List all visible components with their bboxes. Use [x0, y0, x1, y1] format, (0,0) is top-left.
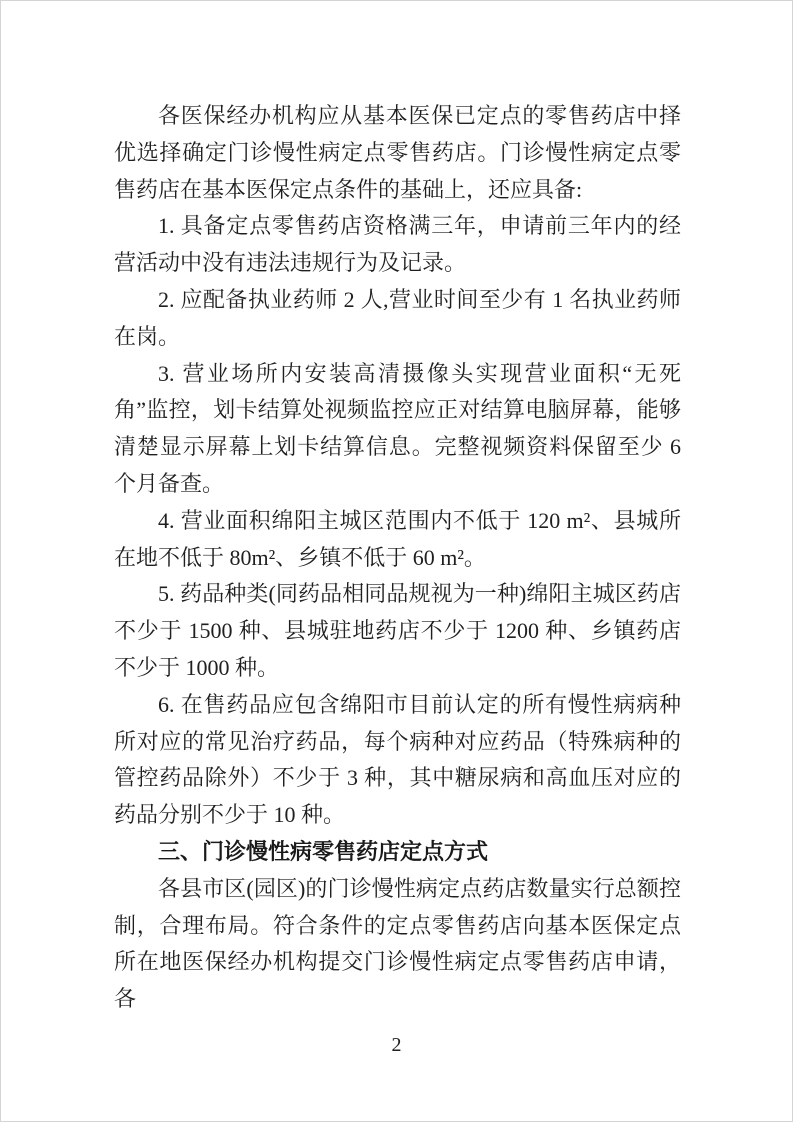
- list-item-1: 1. 具备定点零售药店资格满三年，申请前三年内的经营活动中没有违法违规行为及记录…: [114, 208, 681, 282]
- document-body: 各医保经办机构应从基本医保已定点的零售药店中择优选择确定门诊慢性病定点零售药店。…: [114, 98, 681, 1018]
- section-heading: 三、门诊慢性病零售药店定点方式: [114, 834, 681, 871]
- page-number: 2: [1, 1033, 792, 1057]
- list-item-6: 6. 在售药品应包含绵阳市目前认定的所有慢性病病种所对应的常见治疗药品，每个病种…: [114, 687, 681, 834]
- list-item-4: 4. 营业面积绵阳主城区范围内不低于 120 m²、县城所在地不低于 80m²、…: [114, 503, 681, 577]
- document-page: 各医保经办机构应从基本医保已定点的零售药店中择优选择确定门诊慢性病定点零售药店。…: [0, 0, 793, 1122]
- list-item-5: 5. 药品种类(同药品相同品规视为一种)绵阳主城区药店不少于 1500 种、县城…: [114, 576, 681, 686]
- list-item-3: 3. 营业场所内安装高清摄像头实现营业面积“无死角”监控，划卡结算处视频监控应正…: [114, 356, 681, 503]
- list-item-2: 2. 应配备执业药师 2 人,营业时间至少有 1 名执业药师在岗。: [114, 282, 681, 356]
- paragraph-section-body: 各县市区(园区)的门诊慢性病定点药店数量实行总额控制，合理布局。符合条件的定点零…: [114, 871, 681, 1018]
- paragraph-intro: 各医保经办机构应从基本医保已定点的零售药店中择优选择确定门诊慢性病定点零售药店。…: [114, 98, 681, 208]
